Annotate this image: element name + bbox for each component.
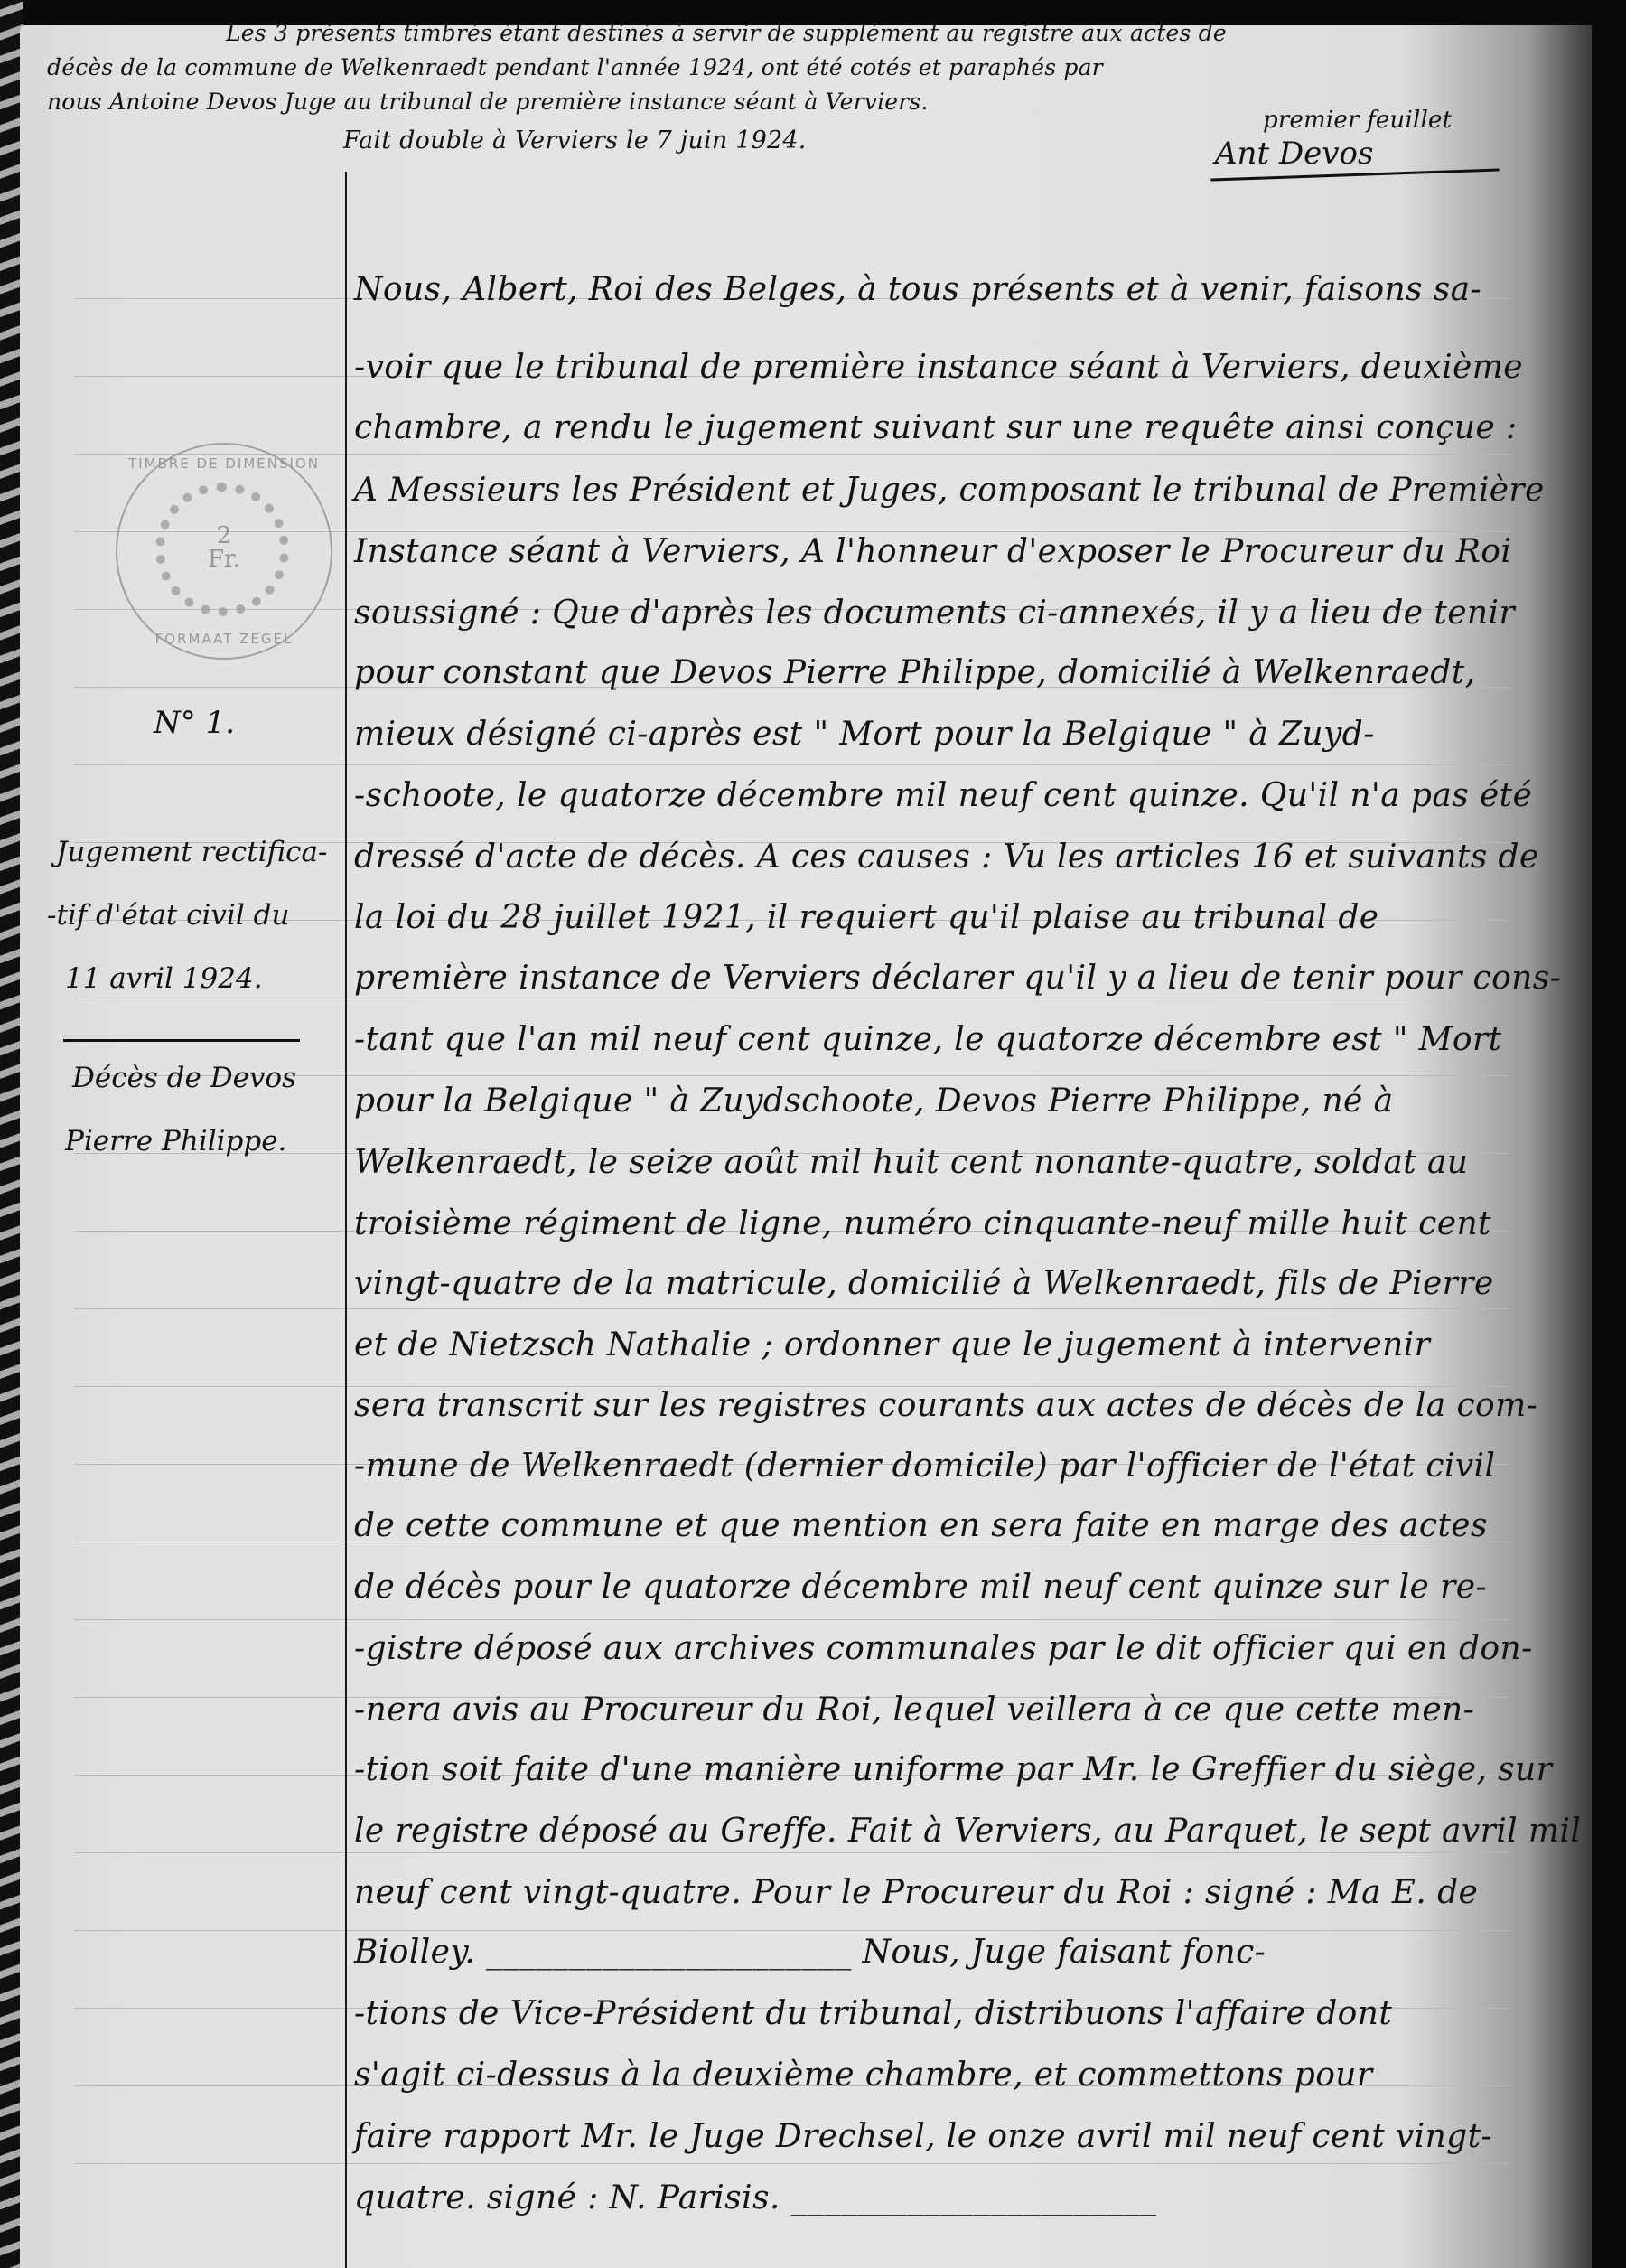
body-line: Biolley. ______________________ Nous, Ju… bbox=[354, 1934, 1266, 1971]
fiscal-stamp: TIMBRE DE DIMENSION 2 Fr. FORMAAT ZEGEL bbox=[116, 443, 332, 660]
margin-note-line: -tif d'état civil du bbox=[47, 899, 289, 932]
body-line: -gistre déposé aux archives communales p… bbox=[354, 1630, 1533, 1667]
margin-subject-line: Décès de Devos bbox=[72, 1062, 296, 1094]
ruled-line bbox=[74, 1619, 1510, 1620]
header-line: nous Antoine Devos Juge au tribunal de p… bbox=[47, 89, 929, 115]
body-line: Instance séant à Verviers, A l'honneur d… bbox=[354, 533, 1511, 570]
body-line: le registre déposé au Greffe. Fait à Ver… bbox=[354, 1813, 1581, 1850]
body-line: faire rapport Mr. le Juge Drechsel, le o… bbox=[354, 2118, 1492, 2155]
body-line: pour constant que Devos Pierre Philippe,… bbox=[354, 654, 1475, 691]
body-line: -tions de Vice-Président du tribunal, di… bbox=[354, 1995, 1392, 2032]
body-line: sera transcrit sur les registres courant… bbox=[354, 1387, 1537, 1424]
stamp-bottom-text: FORMAAT ZEGEL bbox=[117, 631, 331, 647]
margin-note-line: 11 avril 1924. bbox=[65, 962, 263, 995]
body-line: quatre. signé : N. Parisis. ____________… bbox=[354, 2179, 1156, 2216]
ruled-line bbox=[74, 1852, 1510, 1853]
body-line: pour la Belgique " à Zuydschoote, Devos … bbox=[354, 1082, 1393, 1120]
body-line: soussigné : Que d'après les documents ci… bbox=[354, 595, 1515, 632]
header-line: Les 3 présents timbrés étant destinés à … bbox=[226, 20, 1227, 46]
margin-divider bbox=[63, 1039, 300, 1042]
judge-signature: Ant Devos bbox=[1215, 136, 1373, 172]
header-date-line: Fait double à Verviers le 7 juin 1924. bbox=[343, 127, 807, 155]
body-line: dressé d'acte de décès. A ces causes : V… bbox=[354, 839, 1539, 876]
stamp-top-text: TIMBRE DE DIMENSION bbox=[117, 455, 331, 472]
body-line: -tion soit faite d'une manière uniforme … bbox=[354, 1751, 1552, 1788]
body-line: -mune de Welkenraedt (dernier domicile) … bbox=[354, 1448, 1495, 1485]
body-line: -schoote, le quatorze décembre mil neuf … bbox=[354, 777, 1532, 814]
stamp-value: 2 Fr. bbox=[117, 524, 331, 571]
body-line: mieux désigné ci-après est " Mort pour l… bbox=[354, 716, 1375, 753]
body-line: la loi du 28 juillet 1921, il requiert q… bbox=[354, 899, 1378, 936]
body-line: chambre, a rendu le jugement suivant sur… bbox=[354, 409, 1518, 446]
ruled-line bbox=[74, 1930, 1510, 1931]
ruled-line bbox=[74, 1308, 1510, 1309]
body-line: première instance de Verviers déclarer q… bbox=[354, 960, 1561, 997]
body-line: vingt-quatre de la matricule, domicilié … bbox=[354, 1265, 1494, 1302]
body-line: de cette commune et que mention en sera … bbox=[354, 1507, 1488, 1544]
body-line: -voir que le tribunal de première instan… bbox=[354, 349, 1523, 386]
margin-subject-line: Pierre Philippe. bbox=[65, 1125, 286, 1157]
ruled-line bbox=[74, 454, 1510, 455]
stamp-amount: 2 bbox=[117, 524, 331, 548]
body-line: -tant que l'an mil neuf cent quinze, le … bbox=[354, 1021, 1501, 1058]
ruled-line bbox=[74, 2163, 1510, 2164]
header-line: décès de la commune de Welkenraedt penda… bbox=[47, 54, 1103, 80]
body-line: Welkenraedt, le seize août mil huit cent… bbox=[354, 1144, 1468, 1181]
body-line: -nera avis au Procureur du Roi, lequel v… bbox=[354, 1692, 1474, 1729]
margin-note-line: Jugement rectifica- bbox=[56, 836, 328, 868]
premier-feuillet-note: premier feuillet bbox=[1263, 107, 1452, 134]
body-line: troisième régiment de ligne, numéro cinq… bbox=[354, 1205, 1491, 1242]
body-line: A Messieurs les Président et Juges, comp… bbox=[354, 472, 1545, 509]
ruled-line bbox=[74, 764, 1510, 765]
stamp-unit: Fr. bbox=[117, 548, 331, 571]
body-line: neuf cent vingt-quatre. Pour le Procureu… bbox=[354, 1874, 1478, 1911]
body-line: et de Nietzsch Nathalie ; ordonner que l… bbox=[354, 1326, 1430, 1364]
body-line: de décès pour le quatorze décembre mil n… bbox=[354, 1569, 1487, 1606]
body-line: Nous, Albert, Roi des Belges, à tous pré… bbox=[354, 271, 1481, 308]
ruled-line bbox=[74, 998, 1510, 998]
entry-number: N° 1. bbox=[154, 705, 235, 741]
body-line: s'agit ci-dessus à la deuxième chambre, … bbox=[354, 2057, 1372, 2094]
margin-rule bbox=[345, 172, 347, 2268]
